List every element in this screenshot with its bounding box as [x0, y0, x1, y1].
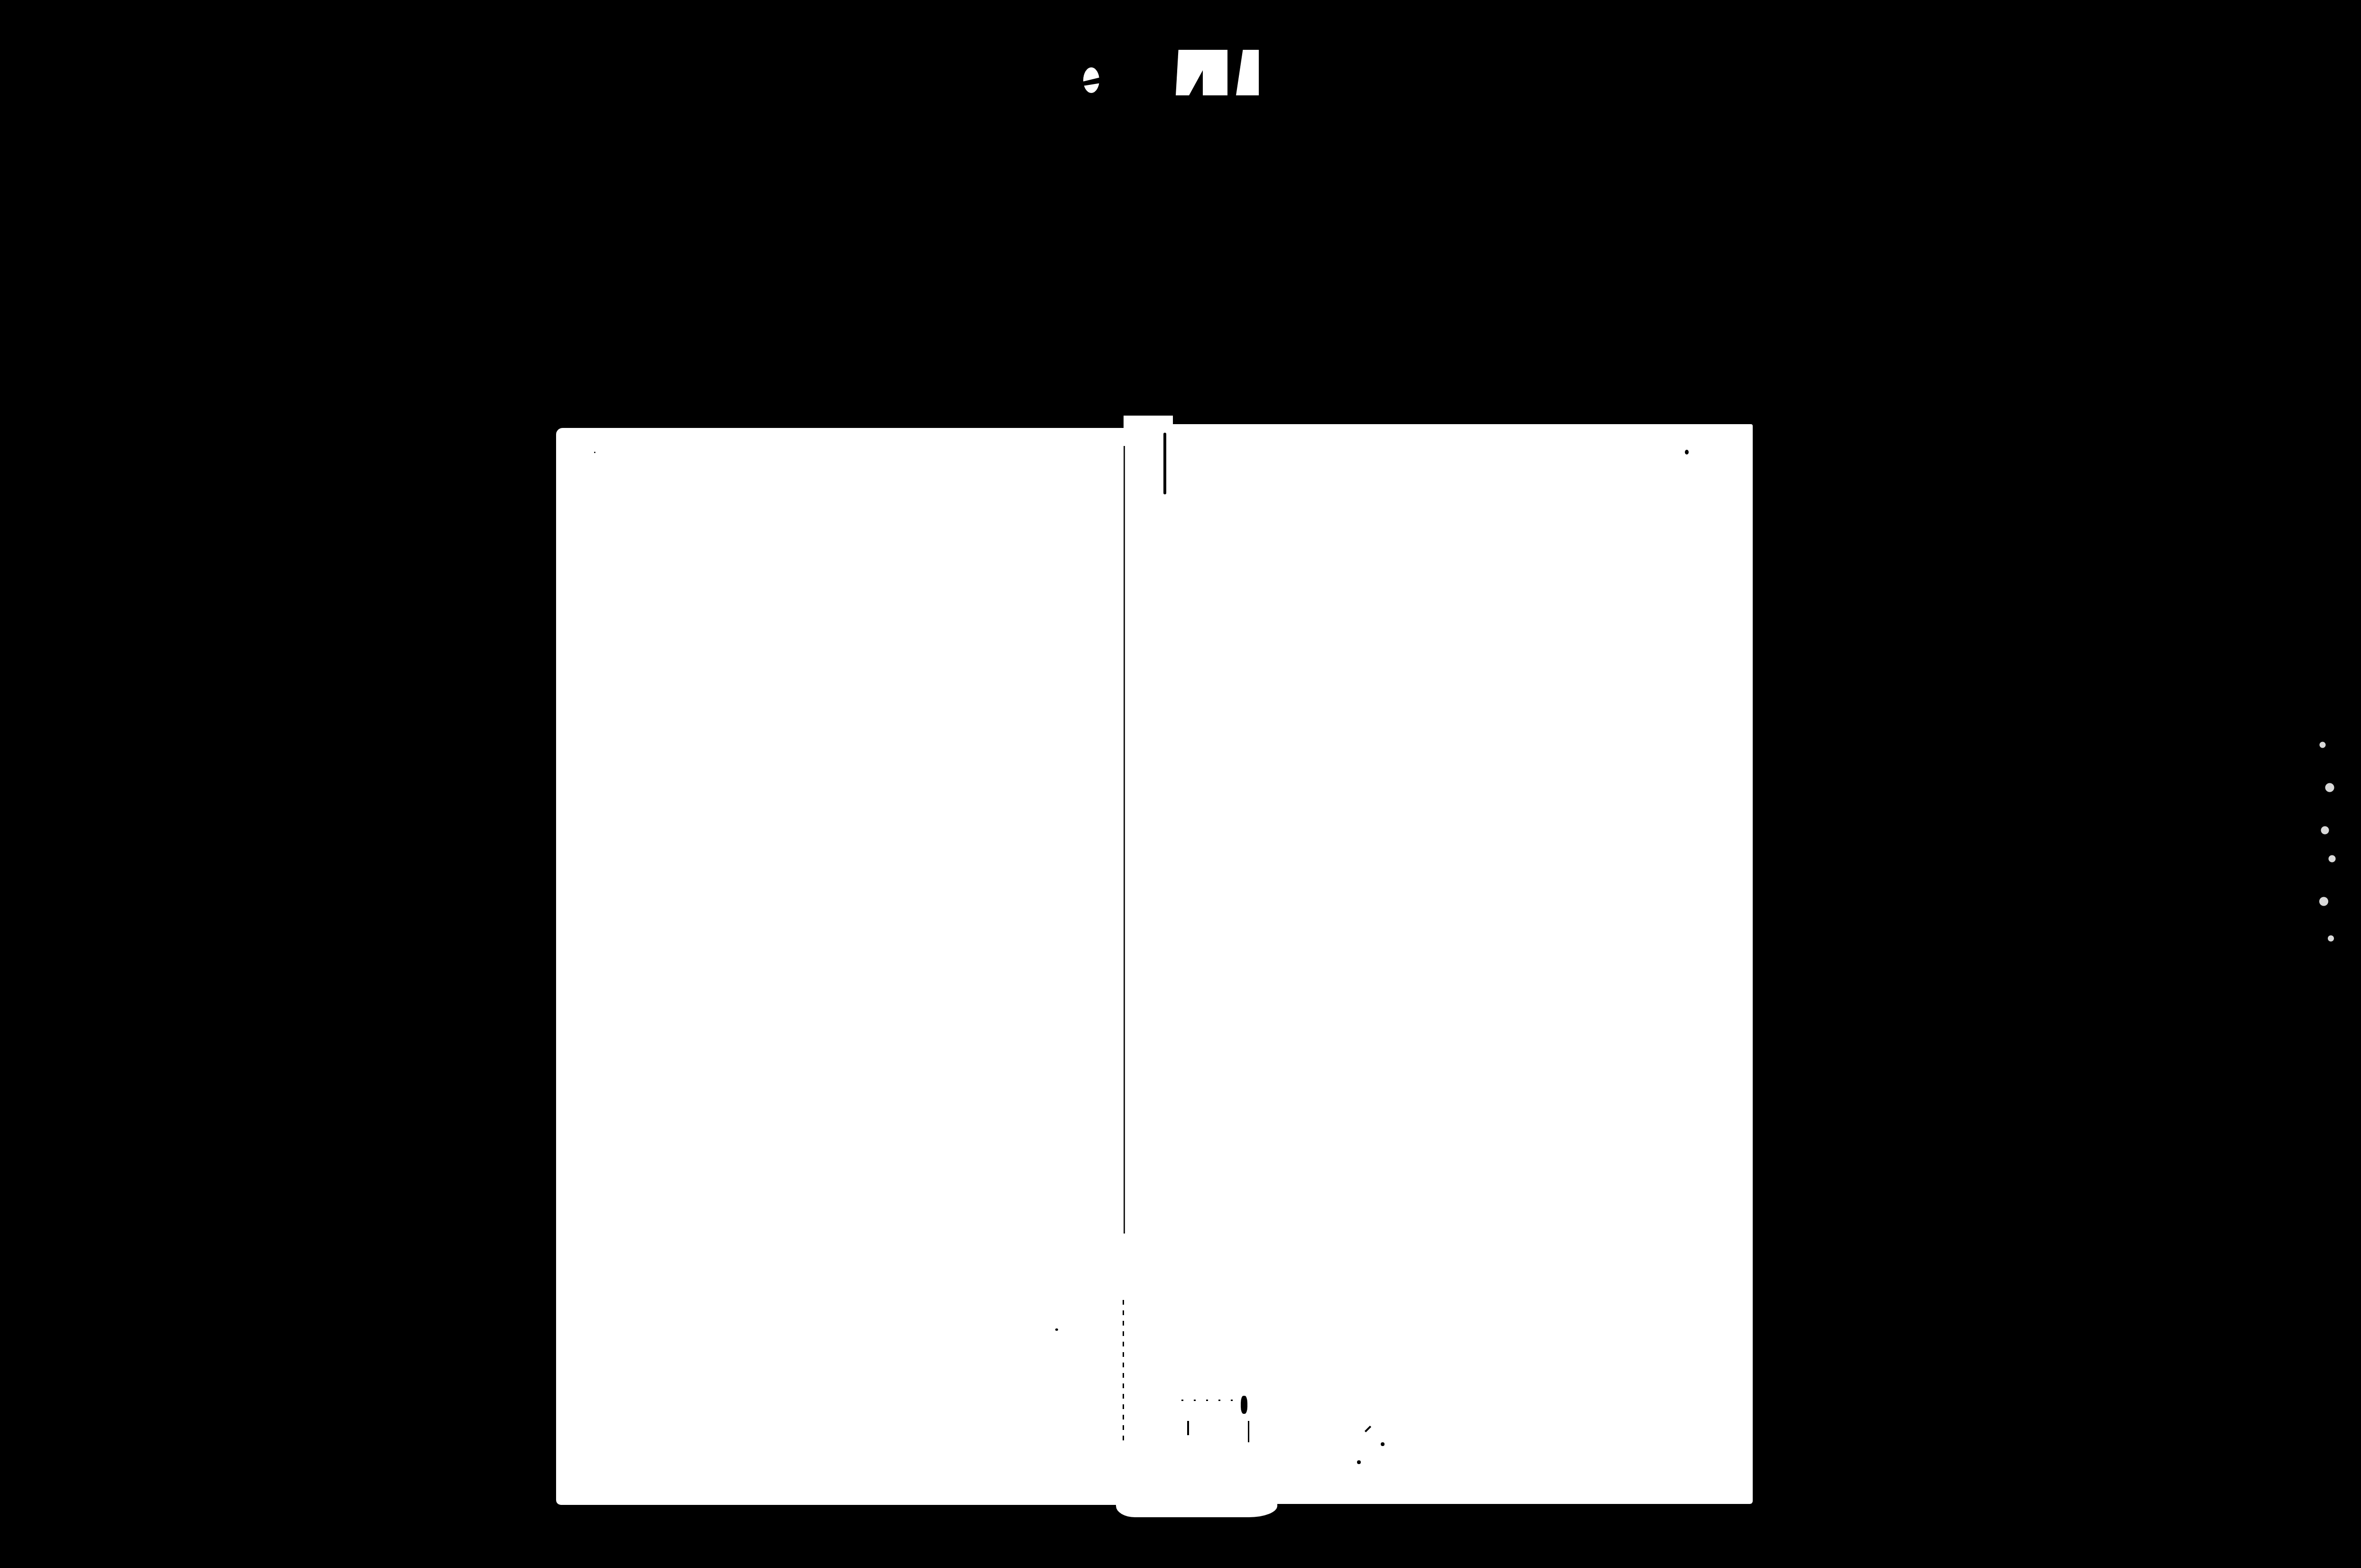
top-artifact-block-3 — [1236, 50, 1259, 95]
spine-crease-left — [1124, 446, 1125, 1234]
left-page — [556, 428, 1130, 1505]
right-page — [1130, 424, 1753, 1504]
page-speck — [1685, 450, 1689, 455]
top-artifact-block-2 — [1203, 50, 1227, 95]
spine-crease-left-lower — [1123, 1300, 1124, 1442]
open-book — [556, 427, 1753, 1510]
book-spine — [1124, 416, 1173, 1512]
page-speck — [1055, 1328, 1058, 1331]
right-edge-noise — [2315, 688, 2339, 973]
spine-crease-right — [1163, 433, 1166, 494]
page-speck — [594, 452, 595, 453]
bottom-marks — [1181, 1400, 1447, 1466]
top-artifact-oval — [1083, 67, 1099, 93]
scan-background — [0, 0, 2361, 1568]
spine-foot — [1116, 1503, 1277, 1517]
